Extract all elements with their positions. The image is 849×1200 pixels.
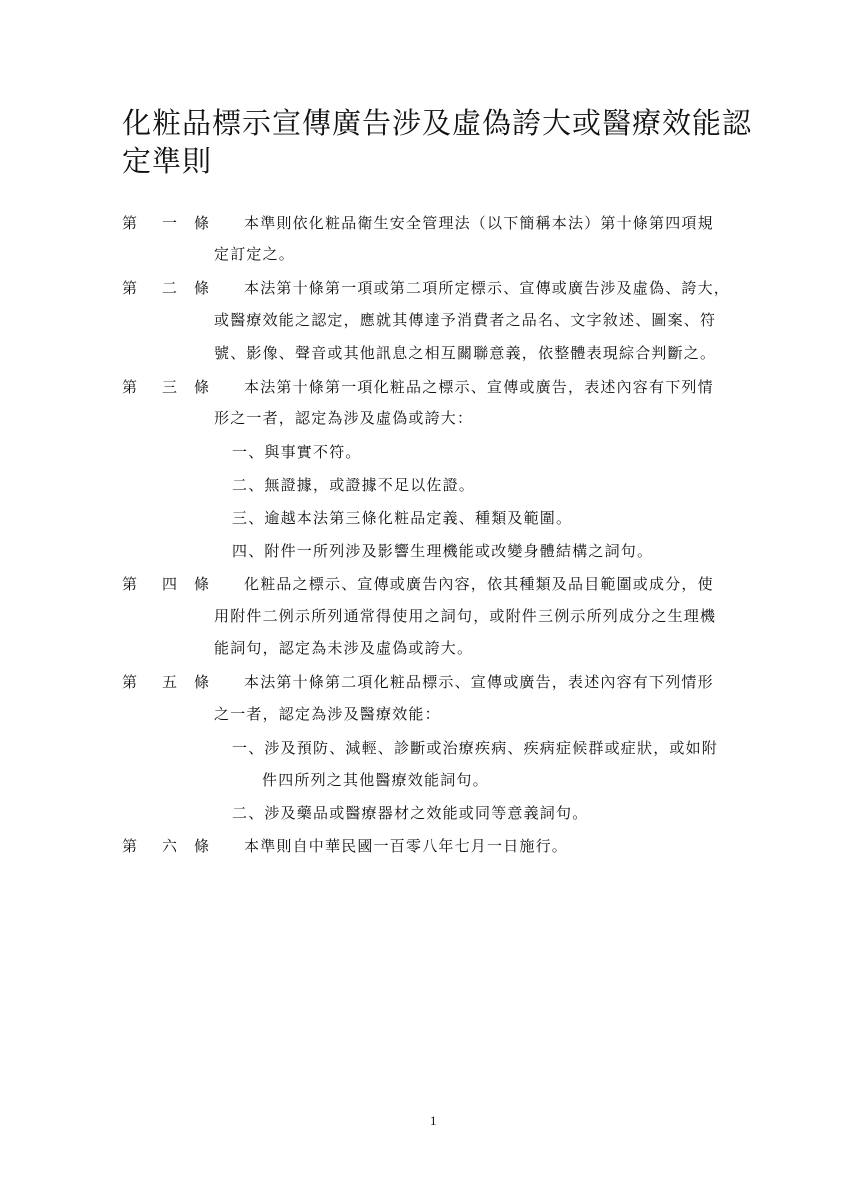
article-2-text: 或醫療效能之認定，應就其傳達予消費者之品名、文字敘述、圖案、符 [214,310,716,330]
article-4-text: 能詞句，認定為未涉及虛偽或誇大。 [214,638,473,658]
label-char: 條 [194,377,209,397]
article-3-item: 四、附件一所列涉及影響生理機能或改變身體結構之詞句。 [232,541,653,561]
article-3-text: 形之一者，認定為涉及虛偽或誇大： [214,408,473,428]
article-2-text: 本法第十條第一項或第二項所定標示、宣傳或廣告涉及虛偽、誇大， [244,278,730,298]
label-char: 條 [194,836,209,856]
article-1-text: 本準則依化粧品衛生安全管理法（以下簡稱本法）第十條第四項規 [244,213,714,233]
article-1-text: 定訂定之。 [214,244,295,264]
article-5-item: 件四所列之其他醫療效能詞句。 [262,770,489,790]
label-char: 五 [162,672,177,692]
article-6-text: 本準則自中華民國一百零八年七月一日施行。 [244,836,568,856]
label-char: 第 [122,574,137,594]
label-char: 四 [162,574,177,594]
label-char: 條 [194,574,209,594]
label-char: 三 [162,377,177,397]
article-4-text: 化粧品之標示、宣傳或廣告內容，依其種類及品目範圍或成分，使 [244,574,714,594]
article-3-text: 本法第十條第一項化粧品之標示、宣傳或廣告，表述內容有下列情 [244,377,714,397]
document-title: 化粧品標示宣傳廣告涉及虛偽誇大或醫療效能認 定準則 [122,104,762,180]
label-char: 第 [122,377,137,397]
article-5-item: 二、涉及藥品或醫療器材之效能或同等意義詞句。 [232,803,588,823]
article-3-item: 三、逾越本法第三條化粧品定義、種類及範圍。 [232,508,572,528]
article-4-text: 用附件二例示所列通常得使用之詞句，或附件三例示所列成分之生理機 [214,606,716,626]
title-line-2: 定準則 [122,144,212,178]
label-char: 二 [162,278,177,298]
label-char: 一 [162,213,177,233]
article-3-item: 二、無證據，或證據不足以佐證。 [232,475,475,495]
article-5-text: 本法第十條第二項化粧品標示、宣傳或廣告，表述內容有下列情形 [244,672,714,692]
page-number: 1 [430,1113,437,1129]
article-5-text: 之一者，認定為涉及醫療效能： [214,704,441,724]
label-char: 六 [162,836,177,856]
label-char: 條 [194,672,209,692]
title-line-1: 化粧品標示宣傳廣告涉及虛偽誇大或醫療效能認 [122,106,752,140]
label-char: 條 [194,213,209,233]
label-char: 第 [122,672,137,692]
article-2-text: 號、影像、聲音或其他訊息之相互關聯意義，依整體表現綜合判斷之。 [214,343,716,363]
label-char: 條 [194,278,209,298]
label-char: 第 [122,213,137,233]
label-char: 第 [122,278,137,298]
label-char: 第 [122,836,137,856]
article-5-item: 一、涉及預防、減輕、診斷或治療疾病、疾病症候群或症狀，或如附 [232,738,718,758]
article-3-item: 一、與事實不符。 [232,442,362,462]
